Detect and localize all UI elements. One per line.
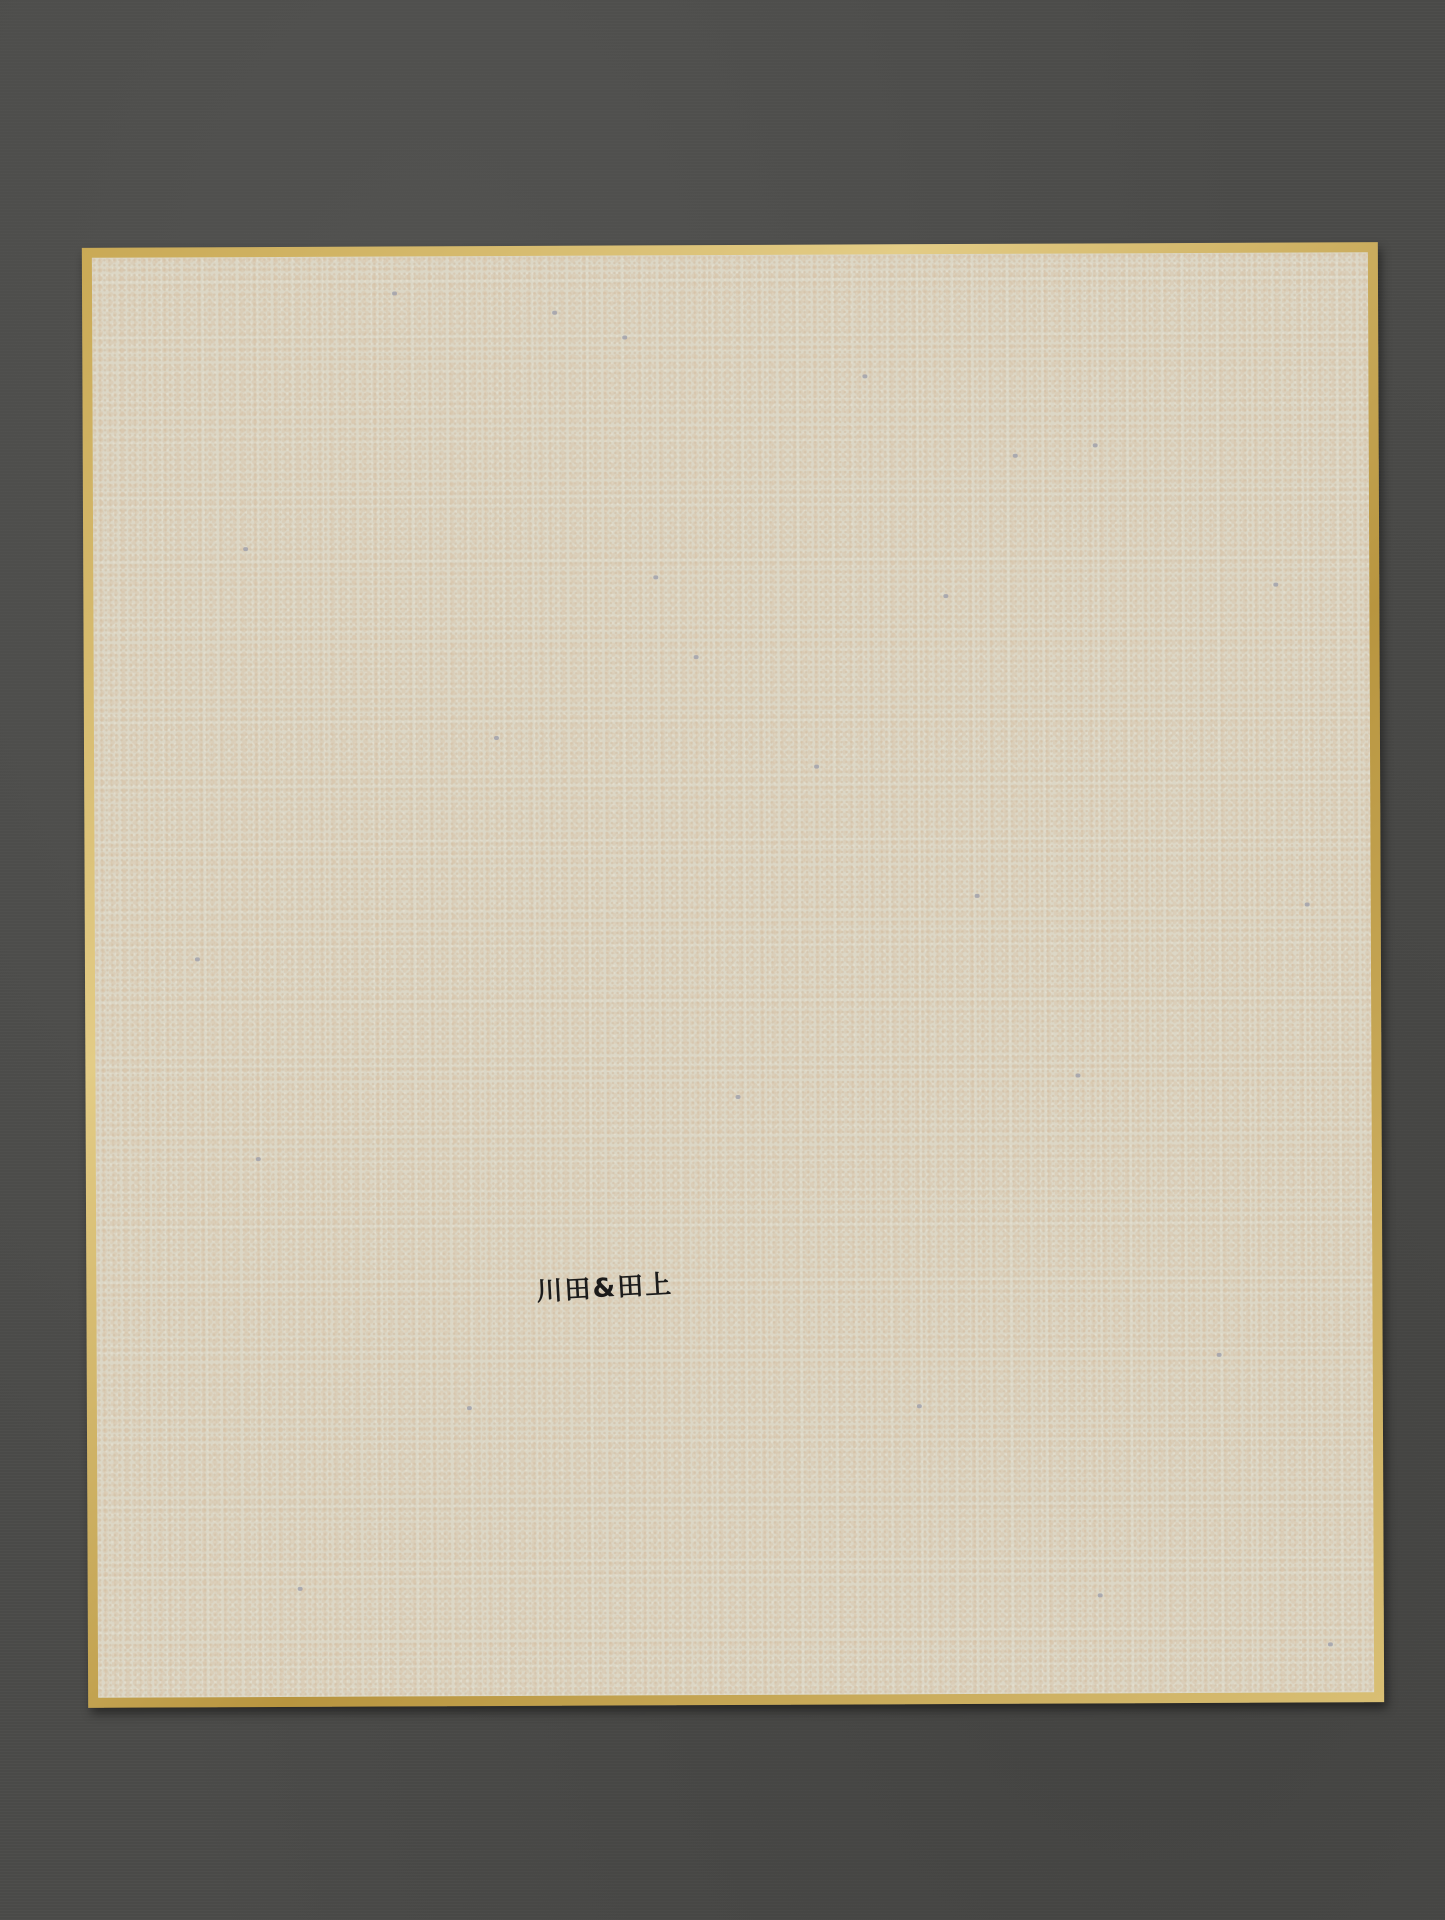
silver-flake: [467, 1406, 472, 1410]
silver-flake: [1328, 1642, 1333, 1646]
silver-flake: [1013, 454, 1018, 458]
silver-flake: [736, 1095, 741, 1099]
silver-flake: [392, 291, 397, 295]
silver-flake: [1217, 1353, 1222, 1357]
silver-flake: [862, 374, 867, 378]
silver-flake: [917, 1404, 922, 1408]
silver-flake: [1093, 443, 1098, 447]
silver-flake: [298, 1587, 303, 1591]
silver-flake: [1305, 902, 1310, 906]
silver-flake: [195, 957, 200, 961]
silver-flake: [1098, 1593, 1103, 1597]
handwritten-signature: 川田&田上: [535, 1264, 674, 1309]
silver-flake: [256, 1157, 261, 1161]
silver-flake: [1273, 583, 1278, 587]
silver-flake: [1075, 1073, 1080, 1077]
silver-flake: [494, 736, 499, 740]
silver-flake: [653, 575, 658, 579]
silver-flake: [552, 311, 557, 315]
silver-flake: [694, 655, 699, 659]
silver-flake: [243, 547, 248, 551]
silver-flake: [622, 335, 627, 339]
silver-flake: [943, 594, 948, 598]
silver-flake: [814, 765, 819, 769]
paper-surface: 川田&田上: [92, 252, 1374, 1698]
silver-flake: [975, 894, 980, 898]
shikishi-board: 川田&田上: [82, 242, 1384, 1708]
